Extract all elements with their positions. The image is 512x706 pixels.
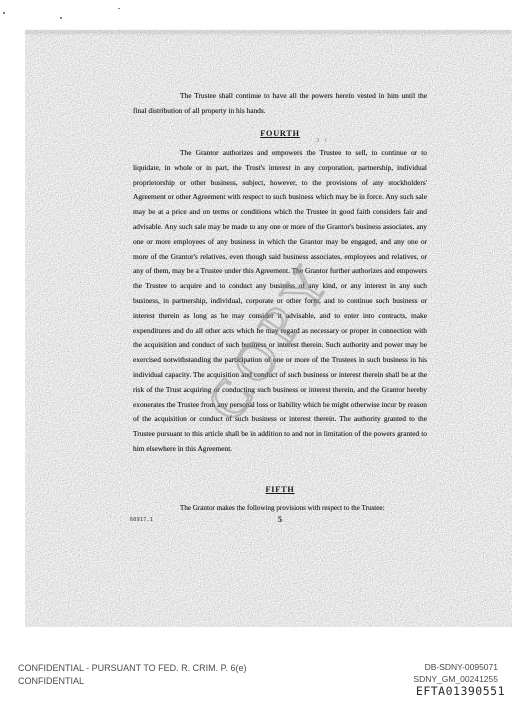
stamp-text: COPY	[195, 249, 345, 432]
fifth-article-paragraph: The Grantor makes the following provisio…	[133, 501, 427, 515]
heading-fourth: FOURTH	[133, 129, 427, 138]
scan-speck	[60, 17, 62, 19]
intro-paragraph: The Trustee shall continue to have all t…	[133, 88, 427, 118]
bates-number-1: DB-SDNY-0095071	[413, 662, 498, 674]
heading-fifth: FIFTH	[133, 485, 427, 494]
confidential-line-2: CONFIDENTIAL	[18, 675, 247, 688]
scan-edge-shadow	[25, 30, 512, 34]
scan-speck	[118, 8, 120, 9]
scan-speck	[3, 12, 5, 14]
confidential-line-1: CONFIDENTIAL - PURSUANT TO FED. R. CRIM.…	[18, 662, 247, 675]
diagonal-stamp-watermark: COPY	[180, 232, 390, 447]
heading-fifth-label: FIFTH	[265, 485, 294, 494]
footer-confidential-block: CONFIDENTIAL - PURSUANT TO FED. R. CRIM.…	[18, 662, 247, 688]
bates-number-efta: EFTA01390551	[416, 684, 505, 698]
pencil-annotation: 3 i	[316, 137, 329, 144]
page-number: 5	[133, 514, 427, 524]
footer-bates-block: DB-SDNY-0095071 SDNY_GM_00241255	[413, 662, 498, 685]
heading-fourth-label: FOURTH	[260, 129, 300, 138]
